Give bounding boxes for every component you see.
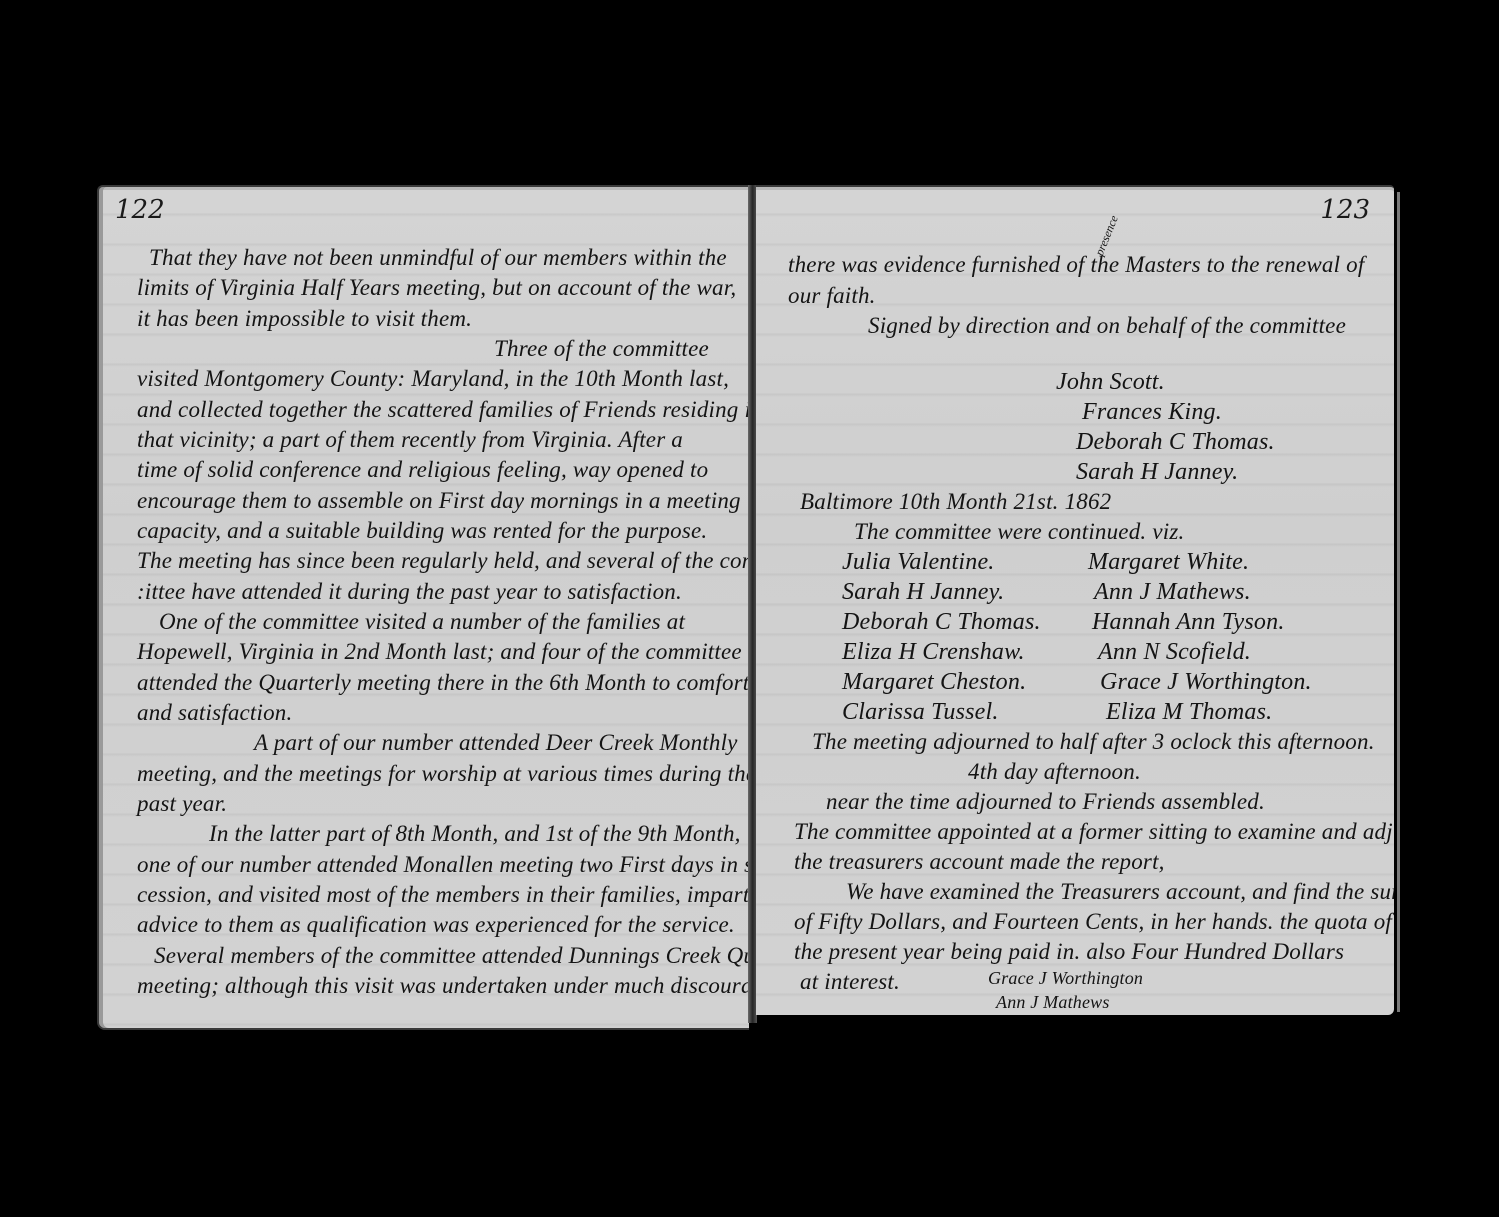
text-line: :ittee have attended it during the past … (137, 577, 682, 607)
text-line: our faith. (788, 281, 876, 311)
dateline: Baltimore 10th Month 21st. 1862 (800, 487, 1111, 517)
text-line: A part of our number attended Deer Creek… (254, 728, 738, 758)
text-line: meeting; although this visit was underta… (137, 971, 749, 1001)
committee-member: Margaret White. (1088, 547, 1249, 577)
text-line: time of solid conference and religious f… (137, 455, 708, 485)
text-line: In the latter part of 8th Month, and 1st… (209, 819, 741, 849)
text-line: Signed by direction and on behalf of the… (868, 311, 1346, 341)
text-line: the treasurers account made the report, (794, 847, 1165, 877)
text-line: The committee appointed at a former sitt… (794, 817, 1394, 847)
page-number-right: 123 (1320, 195, 1370, 225)
text-line: past year. (137, 789, 227, 819)
book-spread: 122 That they have not been unmindful of… (0, 0, 1499, 1217)
text-line: that vicinity; a part of them recently f… (137, 425, 683, 455)
treasurer-signatory: Ann J Mathews (996, 987, 1110, 1015)
committee-member: Clarissa Tussel. (842, 697, 999, 727)
committee-member: Margaret Cheston. (842, 667, 1026, 697)
text-line: capacity, and a suitable building was re… (137, 516, 707, 546)
committee-member: Ann J Mathews. (1094, 577, 1251, 607)
text-line: advice to them as qualification was expe… (137, 910, 735, 940)
page-number-left: 122 (115, 195, 165, 225)
signatory: Sarah H Janney. (1076, 457, 1238, 487)
text-line: The meeting has since been regularly hel… (137, 546, 749, 576)
text-line: and satisfaction. (137, 698, 292, 728)
signatory: John Scott. (1056, 367, 1165, 397)
right-page: 123 presence there was evidence furnishe… (756, 185, 1394, 1015)
reassembled-line: near the time adjourned to Friends assem… (826, 787, 1265, 817)
continued-line: The committee were continued. viz. (854, 517, 1184, 547)
committee-member: Sarah H Janney. (842, 577, 1004, 607)
text-line: That they have not been unmindful of our… (149, 243, 727, 273)
text-line: cession, and visited most of the members… (137, 880, 749, 910)
text-line: We have examined the Treasurers account,… (846, 877, 1394, 907)
text-line: Several members of the committee attende… (154, 941, 749, 971)
text-line: one of our number attended Monallen meet… (137, 850, 749, 880)
text-line: One of the committee visited a number of… (159, 607, 685, 637)
signatory: Deborah C Thomas. (1076, 427, 1275, 457)
text-line: at interest. (800, 967, 900, 997)
committee-member: Ann N Scofield. (1098, 637, 1251, 667)
text-line: encourage them to assemble on First day … (137, 486, 741, 516)
afternoon-heading: 4th day afternoon. (968, 757, 1141, 787)
committee-member: Eliza H Crenshaw. (842, 637, 1025, 667)
text-line: there was evidence furnished of the Mast… (788, 250, 1364, 280)
signatory: Frances King. (1082, 397, 1222, 427)
committee-member: Grace J Worthington. (1100, 667, 1312, 697)
text-line: and collected together the scattered fam… (137, 395, 749, 425)
page-edge-line (1397, 192, 1400, 1012)
text-line: visited Montgomery County: Maryland, in … (137, 364, 729, 394)
committee-member: Eliza M Thomas. (1106, 697, 1272, 727)
text-line: Three of the committee (494, 334, 709, 364)
committee-member: Hannah Ann Tyson. (1092, 607, 1285, 637)
committee-member: Deborah C Thomas. (842, 607, 1041, 637)
adjourned-line: The meeting adjourned to half after 3 oc… (812, 727, 1375, 757)
text-line: meeting, and the meetings for worship at… (137, 759, 749, 789)
committee-member: Julia Valentine. (842, 547, 995, 577)
text-line: it has been impossible to visit them. (137, 304, 472, 334)
text-line: Hopewell, Virginia in 2nd Month last; an… (137, 637, 742, 667)
text-line: attended the Quarterly meeting there in … (137, 668, 749, 698)
text-line: limits of Virginia Half Years meeting, b… (137, 273, 736, 303)
left-page: 122 That they have not been unmindful of… (97, 185, 749, 1030)
text-line: of Fifty Dollars, and Fourteen Cents, in… (794, 907, 1392, 937)
